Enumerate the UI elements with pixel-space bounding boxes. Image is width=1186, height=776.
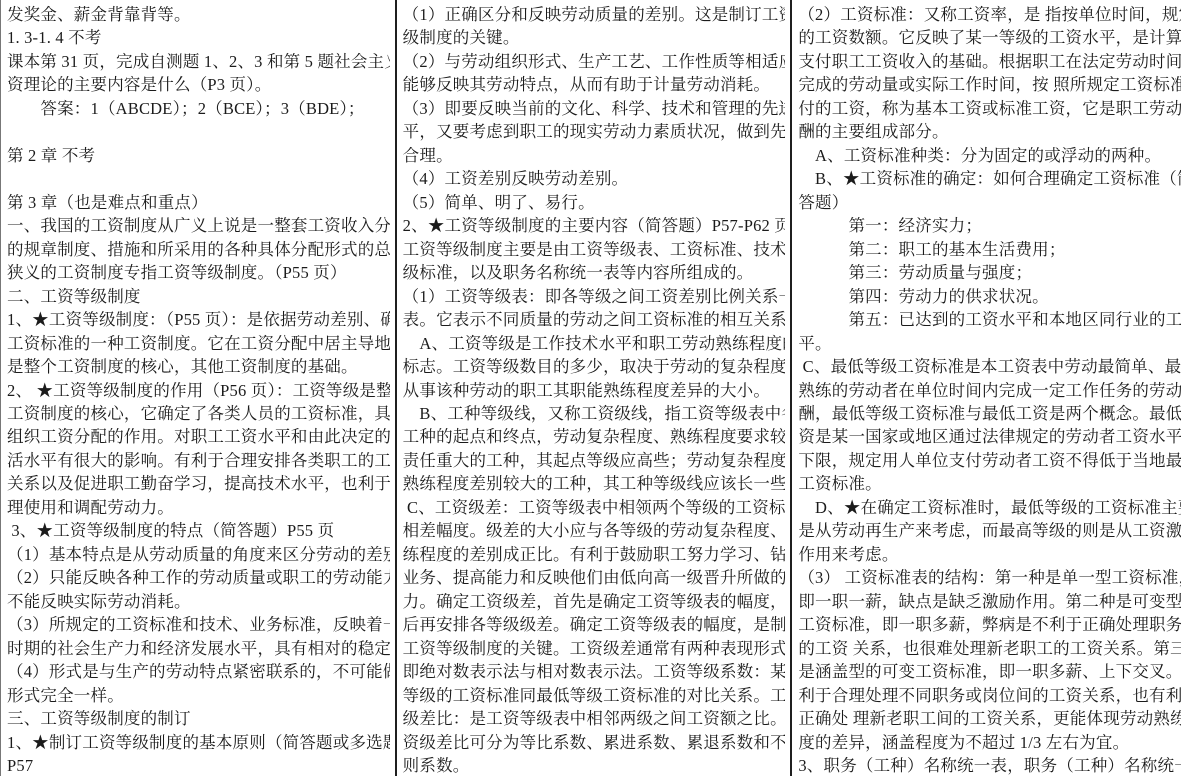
text-line: 平，又要考虑到职工的现实劳动力素质状况，做到先进	[403, 120, 786, 143]
text-line: （2）与劳动组织形式、生产工艺、工作性质等相适应，	[403, 50, 786, 73]
text-line: 表。它表示不同质量的劳动之间工资标准的相互关系。	[403, 308, 786, 331]
text-line: 答题）	[798, 191, 1181, 214]
text-line: 是涵盖型的可变工资标准，即一职多薪、上下交叉。有	[798, 660, 1181, 683]
text-line: 的规章制度、措施和所采用的各种具体分配形式的总和。	[7, 238, 390, 261]
text-line: 正确处 理新老职工间的工资关系，更能体现劳动熟练程	[798, 707, 1181, 730]
text-line: （3）即要反映当前的文化、科学、技术和管理的先进水	[403, 97, 786, 120]
text-line: 资级差比可分为等比系数、累进系数、累退系数和不规	[403, 731, 786, 754]
text-line: 酬的主要组成部分。	[798, 120, 1181, 143]
text-line: 平。	[798, 332, 1181, 355]
text-line: 工资等级制度的关键。工资级差通常有两种表现形式，	[403, 637, 786, 660]
text-line: 工资标准。	[798, 472, 1181, 495]
text-line: 课本第 31 页，完成自测题 1、2、3 和第 5 题社会主义工	[7, 50, 390, 73]
text-line: 狭义的工资制度专指工资等级制度。（P55 页）	[7, 261, 390, 284]
text-line: 三、工资等级制度的制订	[7, 707, 390, 730]
text-line: 活水平有很大的影响。有利于合理安排各类职工的工资	[7, 449, 390, 472]
text-line: 1、★制订工资等级制度的基本原则（简答题或多选题）	[7, 731, 390, 754]
text-line: 熟练的劳动者在单位时间内完成一定工作任务的劳动报	[798, 379, 1181, 402]
text-line: P57	[7, 754, 390, 776]
text-line: 第 3 章（也是难点和重点）	[7, 191, 390, 214]
text-line: 的工资数额。它反映了某一等级的工资水平，是计算与	[798, 26, 1181, 49]
text-line: 1、★工资等级制度：（P55 页）：是依据劳动差别、确定	[7, 308, 390, 331]
text-line: 一、我国的工资制度从广义上说是一整套工资收入分配	[7, 214, 390, 237]
text-line: 时期的社会生产力和经济发展水平，具有相对的稳定性。	[7, 637, 390, 660]
text-line: 答案：1（ABCDE）；2（BCE）；3（BDE）；	[7, 97, 390, 120]
text-line: 支付职工工资收入的基础。根据职工在法定劳动时间内	[798, 50, 1181, 73]
text-line: 第五：已达到的工资水平和本地区同行业的工资水	[798, 308, 1181, 331]
text-line: 责任重大的工种，其起点等级应高些；劳动复杂程度与	[403, 449, 786, 472]
text-line: （5）简单、明了、易行。	[403, 191, 786, 214]
text-line	[7, 120, 390, 143]
text-line	[7, 167, 390, 190]
text-line: 工资制度的核心，它确定了各类人员的工资标准，具有	[7, 402, 390, 425]
text-line: 下限，规定用人单位支付劳动者工资不得低于当地最低	[798, 449, 1181, 472]
text-line: （1）正确区分和反映劳动质量的差别。这是制订工资等	[403, 3, 786, 26]
text-line: 级差比：是工资等级表中相邻两级之间工资额之比。工	[403, 707, 786, 730]
text-line: （2）只能反映各种工作的劳动质量或职工的劳动能力，	[7, 566, 390, 589]
text-line: 力。确定工资级差，首先是确定工资等级表的幅度，然	[403, 590, 786, 613]
text-line: 2、 ★工资等级制度的作用（P56 页）：工资等级是整个	[7, 379, 390, 402]
text-line: 第一：经济实力；	[798, 214, 1181, 237]
text-line: （4）工资差别反映劳动差别。	[403, 167, 786, 190]
text-line: 关系以及促进职工勤奋学习，提高技术水平，也利于合	[7, 472, 390, 495]
text-line: （4）形式是与生产的劳动特点紧密联系的，不可能做到	[7, 660, 390, 683]
text-line: 作用来考虑。	[798, 543, 1181, 566]
text-line: 的工资 关系，也很难处理新老职工的工资关系。第三种	[798, 637, 1181, 660]
text-line: 标志。工资等级数目的多少，取决于劳动的复杂程度和	[403, 355, 786, 378]
text-line: 熟练程度差别较大的工种，其工种等级线应该长一些。	[403, 472, 786, 495]
text-line: 级标准，以及职务名称统一表等内容所组成的。	[403, 261, 786, 284]
text-column-left: 发奖金、薪金背靠背等。1. 3-1. 4 不考课本第 31 页，完成自测题 1、…	[1, 0, 395, 776]
text-line: 理使用和调配劳动力。	[7, 496, 390, 519]
text-line: 度的差异，涵盖程度为不超过 1/3 左右为宜。	[798, 731, 1181, 754]
text-line: 形式完全一样。	[7, 684, 390, 707]
text-line: 组织工资分配的作用。对职工工资水平和由此决定的生	[7, 425, 390, 448]
text-line: 则系数。	[403, 754, 786, 776]
text-line: C、最低等级工资标准是本工资表中劳动最简单、最不	[798, 355, 1181, 378]
text-line: 级制度的关键。	[403, 26, 786, 49]
text-line: 工资标准，即一职多薪，弊病是不利于正确处理职务间	[798, 613, 1181, 636]
text-line: 2、★工资等级制度的主要内容（简答题）P57-P62 页	[403, 214, 786, 237]
text-line: B、★工资标准的确定：如何合理确定工资标准（简	[798, 167, 1181, 190]
text-line: 等级的工资标准同最低等级工资标准的对比关系。工 资	[403, 684, 786, 707]
text-line: 不能反映实际劳动消耗。	[7, 590, 390, 613]
document-page: 发奖金、薪金背靠背等。1. 3-1. 4 不考课本第 31 页，完成自测题 1、…	[0, 0, 1186, 776]
text-line: 第四：劳动力的供求状况。	[798, 285, 1181, 308]
text-line: 3、职务（工种）名称统一表，职务（工种）名称统一表	[798, 754, 1181, 776]
text-line: 酬，最低等级工资标准与最低工资是两个概念。最低工	[798, 402, 1181, 425]
text-line: （1）工资等级表：即各等级之间工资差别比例关系一览	[403, 285, 786, 308]
text-line: （1）基本特点是从劳动质量的角度来区分劳动的差别；	[7, 543, 390, 566]
text-line: 能够反映其劳动特点，从而有助于计量劳动消耗。	[403, 73, 786, 96]
text-line: 第三：劳动质量与强度；	[798, 261, 1181, 284]
text-line: B、工种等级线，又称工资级线，指工资等级表中各	[403, 402, 786, 425]
text-line: 1. 3-1. 4 不考	[7, 26, 390, 49]
text-line: 完成的劳动量或实际工作时间，按 照所规定工资标准计	[798, 73, 1181, 96]
text-line: 后再安排各等级级差。确定工资等级表的幅度，是制 订	[403, 613, 786, 636]
text-line: 二、工资等级制度	[7, 285, 390, 308]
text-line: D、★在确定工资标准时，最低等级的工资标准主要	[798, 496, 1181, 519]
text-line: A、工资标准种类：分为固定的或浮动的两种。	[798, 144, 1181, 167]
text-line: C、工资级差：工资等级表中相领两个等级的工资标准	[403, 496, 786, 519]
text-line: （3）所规定的工资标准和技术、业务标准，反映着一定	[7, 613, 390, 636]
text-line: 资理论的主要内容是什么（P3 页）。	[7, 73, 390, 96]
text-line: 即一职一薪，缺点是缺乏激励作用。第二种是可变型的	[798, 590, 1181, 613]
text-line: 利于合理处理不同职务或岗位间的工资关系，也有利于	[798, 684, 1181, 707]
text-line: 练程度的差别成正比。有利于鼓励职工努力学习、钻 研	[403, 543, 786, 566]
text-line: 相差幅度。级差的大小应与各等级的劳动复杂程度、熟	[403, 519, 786, 542]
text-line: 是整个工资制度的核心，其他工资制度的基础。	[7, 355, 390, 378]
text-line: 是从劳动再生产来考虑，而最高等级的则是从工资激励	[798, 519, 1181, 542]
text-line: 工资等级制度主要是由工资等级表、工资标准、技术等	[403, 238, 786, 261]
text-line: （2）工资标准：又称工资率，是 指按单位时间，规定	[798, 3, 1181, 26]
text-column-right: （2）工资标准：又称工资率，是 指按单位时间，规定的工资数额。它反映了某一等级的…	[790, 0, 1186, 776]
text-line: 付的工资，称为基本工资或标准工资，它是职工劳动报	[798, 97, 1181, 120]
text-line: 从事该种劳动的职工其职能熟练程度差异的大小。	[403, 379, 786, 402]
text-line: 发奖金、薪金背靠背等。	[7, 3, 390, 26]
text-line: 资是某一国家或地区通过法律规定的劳动者工资水平的	[798, 425, 1181, 448]
text-line: 工种的起点和终点，劳动复杂程度、熟练程度要求较高，	[403, 425, 786, 448]
text-line: 合理。	[403, 144, 786, 167]
text-column-middle: （1）正确区分和反映劳动质量的差别。这是制订工资等级制度的关键。（2）与劳动组织…	[395, 0, 791, 776]
text-line: 工资标准的一种工资制度。它在工资分配中居主导地位，	[7, 332, 390, 355]
text-line: 第二：职工的基本生活费用；	[798, 238, 1181, 261]
text-line: A、工资等级是工作技术水平和职工劳动熟练程度的	[403, 332, 786, 355]
text-line: 即绝对数表示法与相对数表示法。工资等级系数：某一	[403, 660, 786, 683]
text-line: 第 2 章 不考	[7, 144, 390, 167]
text-line: 业务、提高能力和反映他们由低向高一级晋升所做的努	[403, 566, 786, 589]
text-line: 3、★工资等级制度的特点（简答题）P55 页	[7, 519, 390, 542]
text-line: （3） 工资标准表的结构：第一种是单一型工资标准，	[798, 566, 1181, 589]
